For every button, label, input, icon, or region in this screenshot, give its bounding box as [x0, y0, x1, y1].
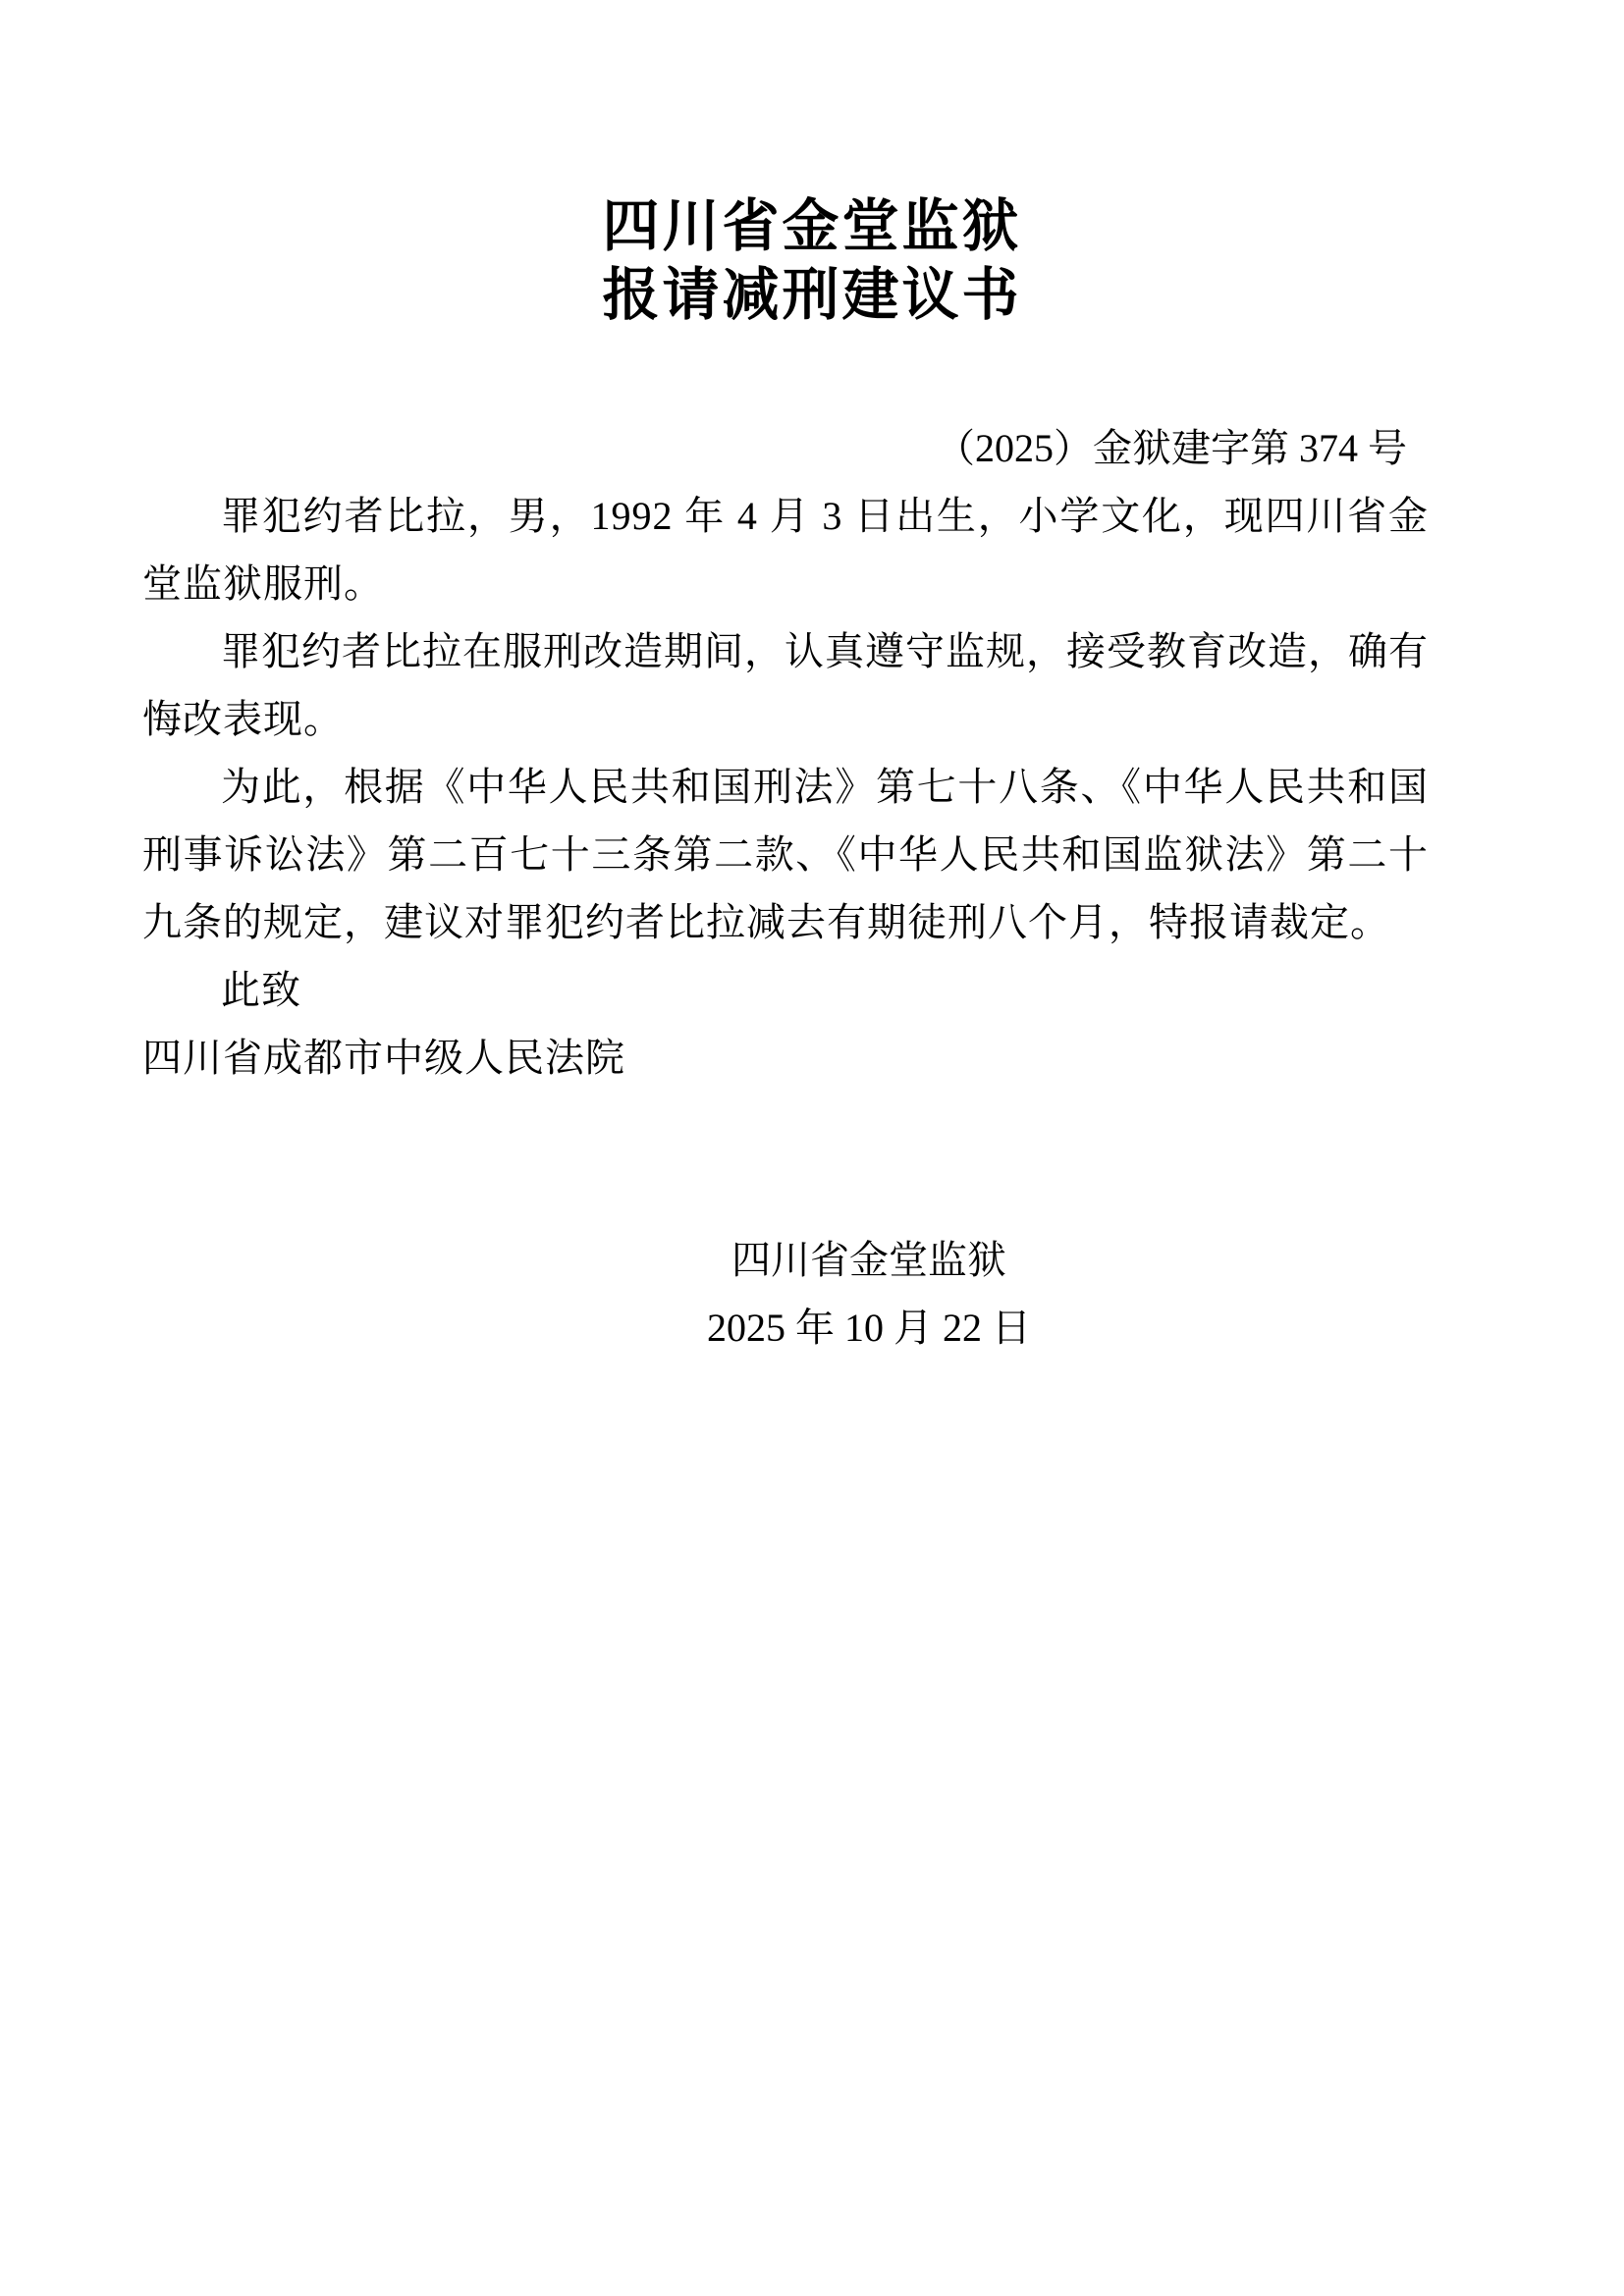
body-paragraph-2: 罪犯约者比拉在服刑改造期间，认真遵守监规，接受教育改造，确有悔改表现。 [142, 617, 1429, 753]
document-body: （2025）金狱建字第 374 号 罪犯约者比拉，男，1992 年 4 月 3 … [0, 414, 1624, 1362]
signature-date: 2025 年 10 月 22 日 [565, 1294, 1173, 1362]
signature-block: 四川省金堂监狱 2025 年 10 月 22 日 [565, 1226, 1173, 1362]
salutation: 此致 [142, 956, 1429, 1024]
document-page: 四川省金堂监狱 报请减刑建议书 （2025）金狱建字第 374 号 罪犯约者比拉… [0, 0, 1624, 2296]
document-title: 四川省金堂监狱 报请减刑建议书 [0, 0, 1624, 330]
recipient-line: 四川省成都市中级人民法院 [142, 1024, 1429, 1092]
body-paragraph-3: 为此，根据《中华人民共和国刑法》第七十八条、《中华人民共和国刑事诉讼法》第二百七… [142, 753, 1429, 956]
body-paragraph-1: 罪犯约者比拉，男，1992 年 4 月 3 日出生，小学文化，现四川省金堂监狱服… [142, 482, 1429, 617]
signature-org: 四川省金堂监狱 [565, 1226, 1173, 1294]
title-line-1: 四川省金堂监狱 [0, 192, 1624, 261]
title-line-2: 报请减刑建议书 [0, 261, 1624, 330]
document-number: （2025）金狱建字第 374 号 [142, 414, 1429, 482]
